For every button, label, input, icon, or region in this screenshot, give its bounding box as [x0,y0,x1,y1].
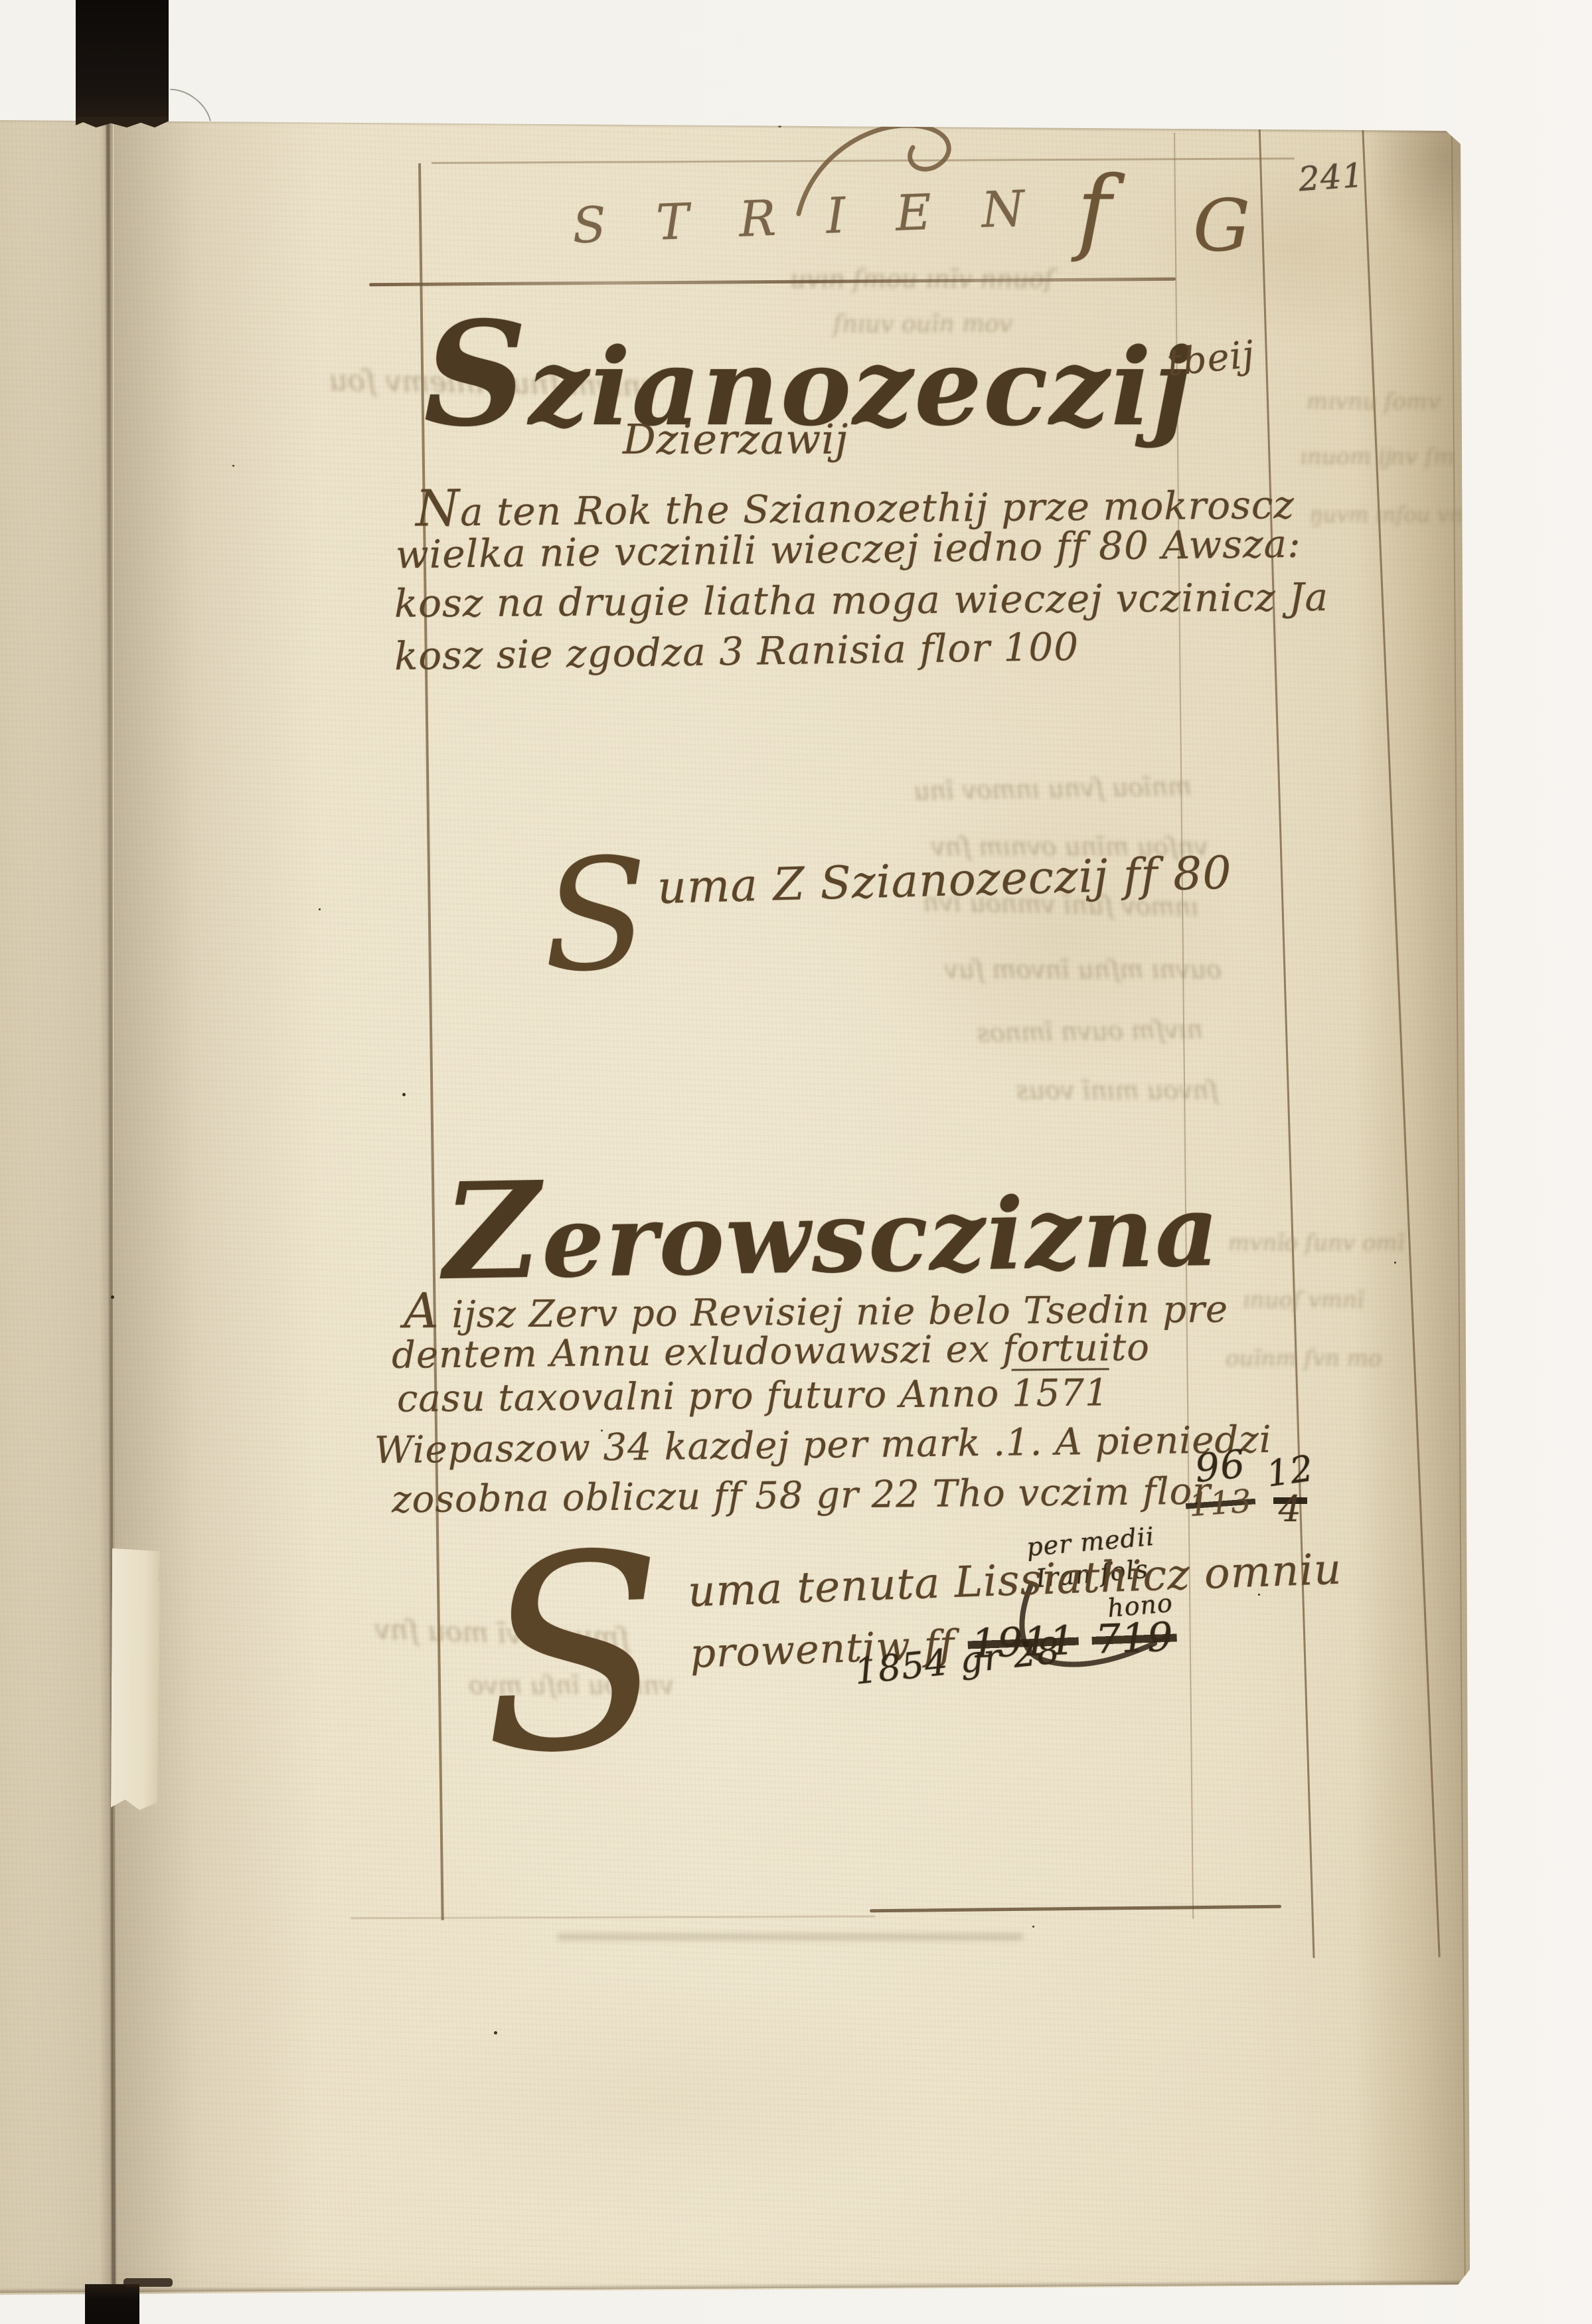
figure-corrected: 96 [1193,1444,1247,1489]
ghost-text-line: ınuom ĳnv ſm [1300,444,1455,470]
body-text-line: casu taxovalni pro futuro Anno 1571 [397,1371,1109,1420]
margin-figure-groschen: 12 4 [1267,1453,1314,1528]
ghost-text-line: nıvſm ouvn īmnos [977,1015,1203,1048]
ghost-text-line: ınuoſ vmnī [1243,1287,1364,1313]
ghost-text-line: mıvnu ſomv [1307,388,1440,415]
manuscript-page: ınıvm ſnuo ınıemv ſou uvın ſmou ınīv nnu… [0,0,1592,2324]
ink-smear [558,1934,1022,1940]
folio-number: 241 [1297,156,1365,199]
summary-line-szianozeczij: Suma Z Szianozeczij ff 80 [542,851,1234,975]
body-text-line: kosz na drugie liatha moga wieczej vczin… [394,574,1329,626]
ghost-text-line: ŋuvm ınſou vnmī ouvn [1309,502,1549,527]
summary-line-tenuta: Suma tenuta Lissiathicz omniu [479,1550,1277,1621]
body-text-line-prefix: casu taxovalni pro futuro Anno [397,1372,1000,1421]
section-subheading-dzierzawij: Dzierzawij [623,415,848,463]
ghost-text-line: ſnvou mınī vous [1016,1076,1218,1105]
year-figure: 1571 [1012,1368,1109,1415]
summary-struck-value: 719 [1091,1614,1178,1663]
scanned-manuscript-photo: { "document": { "folio_number": "241", "… [0,0,1592,2324]
body-text-line: kosz sie zgodza 3 Ranisia flor 100 [394,624,1079,679]
figure-struck: 113 [1184,1484,1256,1523]
ghost-text-line: mvnīo ſunv omī [1228,1230,1404,1256]
figure-struck: 4 [1273,1491,1307,1529]
ghost-text-line: mnīou ſvnu ınmov īnu [914,772,1192,805]
header-column-mark-g: G [1193,185,1251,268]
ink-specks [319,908,321,910]
header-column-mark-f: f [1077,157,1112,265]
figure-corrected: 12 [1264,1450,1316,1493]
margin-figure-florins: 96 113 [1186,1446,1255,1520]
section-heading-note: tbeij [1165,333,1257,384]
summary-block-tenuta: Suma tenuta Lissiathicz omniu prowentiw … [479,1550,1281,1750]
binding-strap-bottom [85,2284,139,2324]
ghost-text-line: ouīnm ſvn mo [1226,1345,1382,1372]
